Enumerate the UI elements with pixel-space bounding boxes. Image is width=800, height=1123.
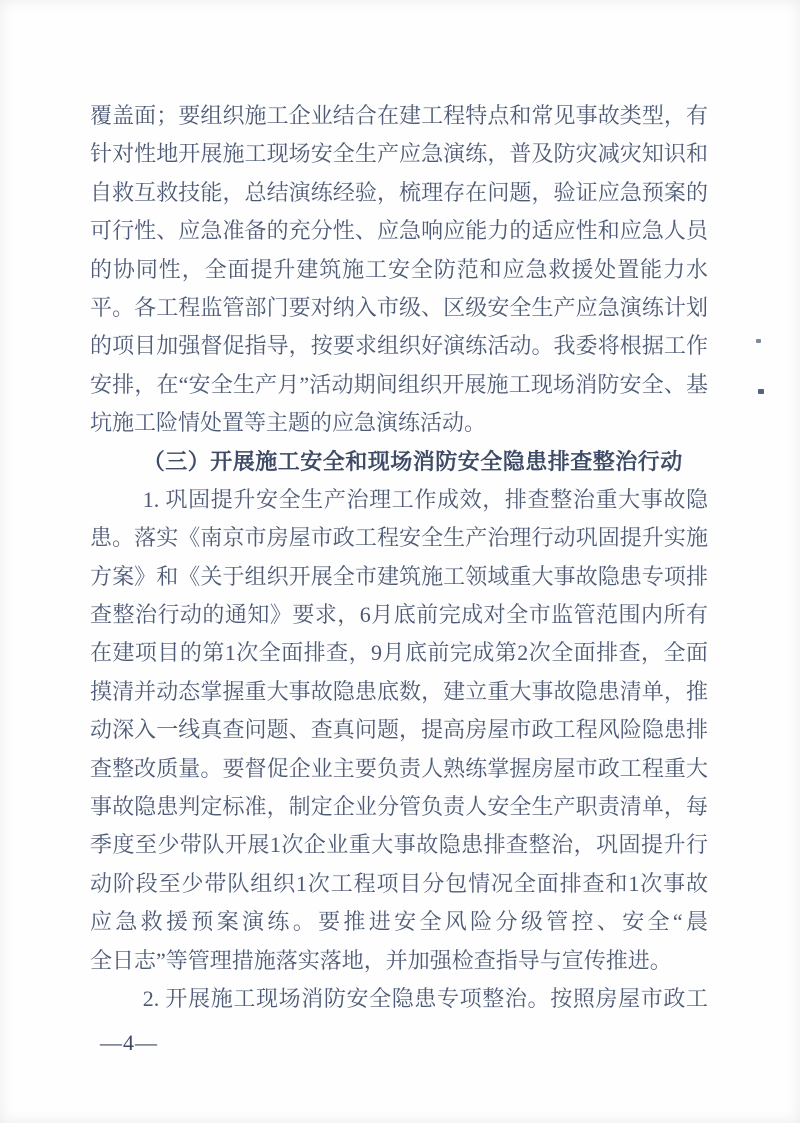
body-line: 坑施工险情处置等主题的应急演练活动。 [90,404,708,442]
body-line: 的项目加强督促指导，按要求组织好演练活动。我委将根据工作 [90,327,708,365]
scan-speck-icon [758,389,764,394]
body-line: 自救互救技能，总结演练经验，梳理存在问题，验证应急预案的 [90,174,708,212]
body-line: 的协同性，全面提升建筑施工安全防范和应急救援处置能力水 [90,251,708,289]
body-line: 可行性、应急准备的充分性、应急响应能力的适应性和应急人员 [90,212,708,250]
scan-speck-icon [756,339,761,343]
body-line: 2. 开展施工现场消防安全隐患专项整治。按照房屋市政工 [90,980,708,1018]
body-line: 患。落实《南京市房屋市政工程安全生产治理行动巩固提升实施 [90,519,708,557]
body-line: 应急救援预案演练。要推进安全风险分级管控、安全“晨会”、“安 [90,903,708,941]
body-line: 方案》和《关于组织开展全市建筑施工领域重大事故隐患专项排 [90,558,708,596]
page-number: —4— [100,1028,158,1058]
body-line: 平。各工程监管部门要对纳入市级、区级安全生产应急演练计划 [90,289,708,327]
body-line: 事故隐患判定标准，制定企业分管负责人安全生产职责清单，每 [90,788,708,826]
section-heading: （三）开展施工安全和现场消防安全隐患排查整治行动 [90,443,708,481]
body-line: 安排，在“安全生产月”活动期间组织开展施工现场消防安全、基 [90,366,708,404]
body-line: 针对性地开展施工现场安全生产应急演练，普及防灾减灾知识和 [90,135,708,173]
body-line: 在建项目的第1次全面排查，9月底前完成第2次全面排查，全面 [90,634,708,672]
body-text-block: 覆盖面；要组织施工企业结合在建工程特点和常见事故类型，有 针对性地开展施工现场安… [90,97,708,1018]
body-line: 1. 巩固提升安全生产治理工作成效，排查整治重大事故隐 [90,481,708,519]
body-line: 动深入一线真查问题、查真问题，提高房屋市政工程风险隐患排 [90,711,708,749]
document-page: 覆盖面；要组织施工企业结合在建工程特点和常见事故类型，有 针对性地开展施工现场安… [0,0,800,1123]
body-line: 覆盖面；要组织施工企业结合在建工程特点和常见事故类型，有 [90,97,708,135]
body-line: 摸清并动态掌握重大事故隐患底数，建立重大事故隐患清单，推 [90,673,708,711]
body-line: 动阶段至少带队组织1次工程项目分包情况全面排查和1次事故 [90,865,708,903]
body-line: 查整治行动的通知》要求，6月底前完成对全市监管范围内所有 [90,596,708,634]
body-line: 查整改质量。要督促企业主要负责人熟练掌握房屋市政工程重大 [90,750,708,788]
body-line: 全日志”等管理措施落实落地，并加强检查指导与宣传推进。 [90,942,708,980]
body-line: 季度至少带队开展1次企业重大事故隐患排查整治，巩固提升行 [90,826,708,864]
